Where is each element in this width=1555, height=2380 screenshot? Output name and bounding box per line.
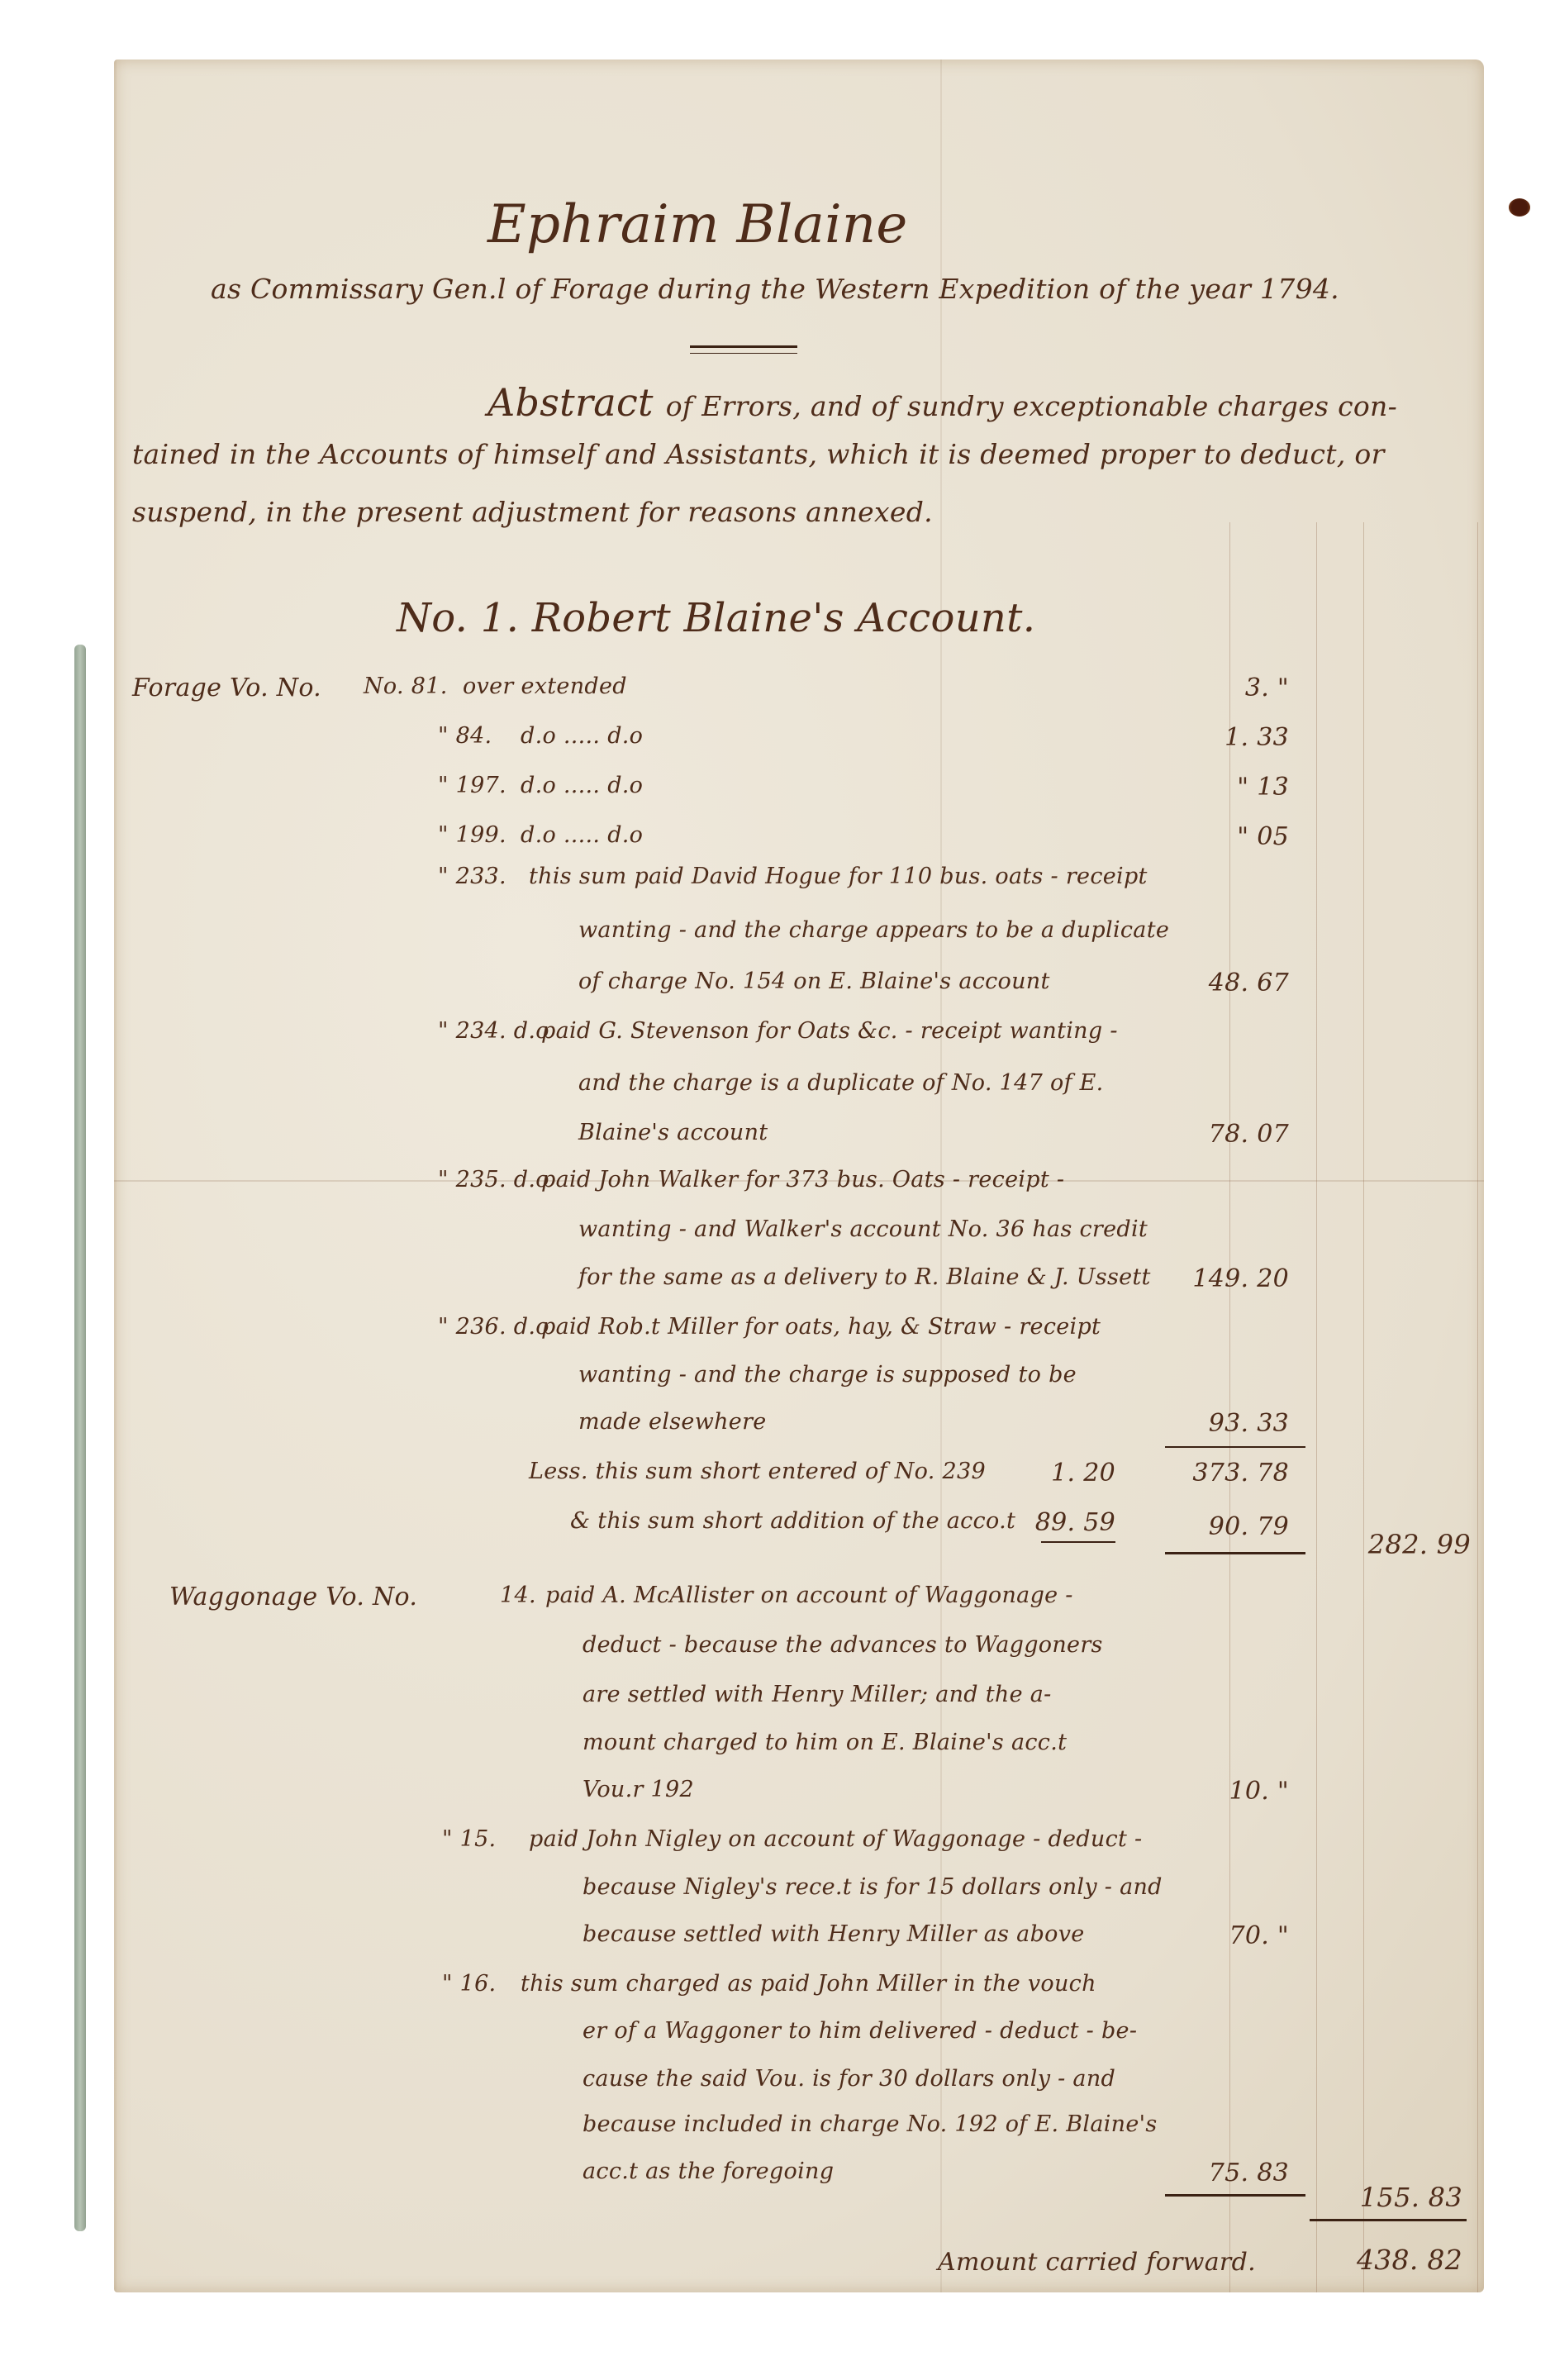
subtotal-underline (1165, 1446, 1305, 1448)
waggonage-entry-text: because included in charge No. 192 of E.… (583, 2111, 1158, 2137)
abstract-line-3: suspend, in the present adjustment for r… (132, 496, 933, 528)
waggonage-entry-text: because Nigley's rece.t is for 15 dollar… (583, 1874, 1163, 1900)
waggonage-entry-text: mount charged to him on E. Blaine's acc.… (583, 1730, 1067, 1755)
forage-entry-text: and the charge is a duplicate of No. 147… (578, 1070, 1104, 1096)
forage-entry-text: for the same as a delivery to R. Blaine … (578, 1264, 1151, 1290)
forage-entry-text: d.o ..... d.o (521, 822, 643, 848)
forage-entry-amount: " 05 (1190, 822, 1289, 851)
carried-forward-label: Amount carried forward. (938, 2248, 1256, 2277)
waggonage-entry-text: this sum charged as paid John Miller in … (521, 1971, 1096, 1997)
waggonage-underline (1165, 2194, 1305, 2197)
forage-entry-text: paid G. Stevenson for Oats &c. - receipt… (541, 1018, 1118, 1044)
forage-entry-amount: 1. 33 (1190, 723, 1289, 752)
forage-entry-text: paid John Walker for 373 bus. Oats - rec… (541, 1167, 1064, 1192)
waggonage-entry-amount: 75. 83 (1140, 2159, 1289, 2187)
column-rule (1316, 522, 1317, 2292)
title-separator (690, 345, 797, 354)
forage-entry-no: " 235. d.o (438, 1167, 549, 1192)
waggonage-entry-text: paid A. McAllister on account of Waggona… (545, 1583, 1073, 1608)
less-total-underline (1165, 1552, 1305, 1554)
forage-entry-amount: 48. 67 (1140, 969, 1289, 997)
forage-entry-amount: " 13 (1190, 773, 1289, 802)
waggonage-entry-text: because settled with Henry Miller as abo… (583, 1921, 1085, 1947)
document-subtitle: as Commissary Gen.l of Forage during the… (211, 273, 1339, 305)
forage-label: Forage Vo. No. (132, 674, 321, 702)
forage-entry-amount: 78. 07 (1140, 1120, 1289, 1149)
abstract-heading-word: Abstract (487, 380, 654, 425)
waggonage-entry-text: deduct - because the advances to Waggone… (583, 1632, 1103, 1658)
less-underline (1041, 1541, 1115, 1543)
forage-entry-text: paid Rob.t Miller for oats, hay, & Straw… (541, 1314, 1101, 1340)
forage-entry-no: " 236. d.o (438, 1314, 549, 1340)
waggonage-entry-text: cause the said Vou. is for 30 dollars on… (583, 2066, 1115, 2092)
forage-entry-text: wanting - and Walker's account No. 36 ha… (578, 1216, 1148, 1242)
forage-entry-no: No. 81. (364, 674, 448, 699)
abstract-heading: Abstract of Errors, and of sundry except… (487, 380, 1397, 425)
forage-entry-text: made elsewhere (578, 1409, 767, 1435)
less-2-text: & this sum short addition of the acco.t (570, 1508, 1015, 1534)
waggonage-label: Waggonage Vo. No. (169, 1583, 417, 1611)
forage-entry-text: wanting - and the charge appears to be a… (578, 917, 1169, 943)
carried-forward-amount: 438. 82 (1322, 2244, 1462, 2276)
waggonage-total: 155. 83 (1322, 2182, 1462, 2213)
forage-entry-text: of charge No. 154 on E. Blaine's account (578, 969, 1050, 994)
abstract-line-2: tained in the Accounts of himself and As… (132, 438, 1385, 470)
forage-entry-text: this sum paid David Hogue for 110 bus. o… (529, 864, 1148, 889)
forage-entry-amount: 3. " (1190, 674, 1289, 702)
forage-entry-text: Blaine's account (578, 1120, 768, 1145)
less-1-text: Less. this sum short entered of No. 239 (529, 1459, 986, 1484)
forage-entry-no: " 84. (438, 723, 492, 749)
less-2-amount: 89. 59 (1025, 1508, 1115, 1537)
column-rule (1477, 522, 1478, 2292)
waggonage-entry-text: Vou.r 192 (583, 1777, 694, 1802)
forage-net-total: 282. 99 (1339, 1529, 1471, 1560)
waggonage-entry-text: er of a Waggoner to him delivered - dedu… (583, 2018, 1137, 2044)
waggonage-entry-no: 14. (500, 1583, 536, 1608)
forage-entry-no: " 234. d.o (438, 1018, 549, 1044)
abstract-line-1: of Errors, and of sundry exceptionable c… (666, 390, 1397, 422)
section-heading: No. 1. Robert Blaine's Account. (397, 595, 1035, 641)
forage-entry-no: " 197. (438, 773, 506, 798)
waggonage-entry-no: " 15. (442, 1826, 496, 1852)
forage-entry-no: " 233. (438, 864, 506, 889)
waggonage-entry-no: " 16. (442, 1971, 496, 1997)
waggonage-entry-text: acc.t as the foregoing (583, 2159, 834, 2184)
forage-entry-text: wanting - and the charge is supposed to … (578, 1362, 1077, 1388)
green-binding-ribbon (74, 645, 86, 2231)
waggonage-entry-amount: 70. " (1140, 1921, 1289, 1950)
forage-entry-amount: 93. 33 (1140, 1409, 1289, 1438)
ink-blot (1509, 198, 1530, 217)
forage-entry-text: over extended (463, 674, 627, 699)
forage-entry-amount: 149. 20 (1140, 1264, 1289, 1293)
waggonage-entry-amount: 10. " (1140, 1777, 1289, 1806)
column-rule (1363, 522, 1364, 2292)
forage-entry-no: " 199. (438, 822, 506, 848)
waggonage-entry-text: are settled with Henry Miller; and the a… (583, 1682, 1052, 1707)
document-title: Ephraim Blaine (487, 194, 908, 255)
less-1-amount: 1. 20 (1025, 1459, 1115, 1487)
forage-entry-text: d.o ..... d.o (521, 773, 643, 798)
forage-gross-subtotal: 373. 78 (1140, 1459, 1289, 1487)
waggonage-entry-text: paid John Nigley on account of Waggonage… (529, 1826, 1142, 1852)
less-total: 90. 79 (1140, 1512, 1289, 1541)
forage-entry-text: d.o ..... d.o (521, 723, 643, 749)
waggonage-total-underline (1310, 2219, 1467, 2221)
